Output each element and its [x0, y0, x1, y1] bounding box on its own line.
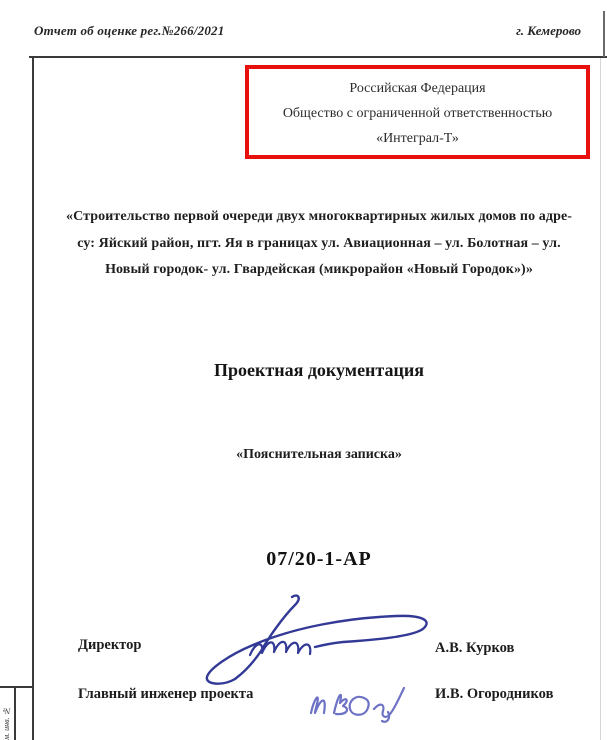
page-edge-line-top [603, 11, 605, 57]
city-label: г. Кемерово [516, 23, 581, 39]
frame-border-top [29, 56, 607, 58]
director-signature-ink [195, 591, 435, 688]
document-subtitle: «Пояснительная записка» [36, 447, 602, 463]
project-title: «Строительство первой очереди двух много… [36, 204, 602, 284]
report-reference: Отчет об оценке рег.№266/2021 [34, 23, 224, 39]
company-name-line: «Интеграл-Т» [249, 126, 586, 151]
signature-role-chief-engineer: Главный инженер проекта [78, 686, 253, 703]
signature-name-director: А.В. Курков [435, 640, 514, 657]
company-highlight-box: Российская Федерация Общество с ограниче… [245, 65, 590, 159]
titleblock-side-label: м. инв. № [0, 689, 13, 740]
company-form-line: Общество с ограниченной ответственностью [249, 101, 586, 126]
document-page: Отчет об оценке рег.№266/2021 г. Кемеров… [0, 0, 607, 740]
document-type-label: Проектная документация [36, 360, 602, 381]
project-title-line-3: Новый городок- ул. Гвардейская (микрорай… [36, 257, 602, 284]
page-edge-line-right [600, 58, 601, 740]
project-title-line-2: су: Яйский район, пгт. Яя в границах ул.… [36, 231, 602, 258]
titleblock-horizontal-line [0, 686, 33, 688]
frame-border-left [32, 56, 34, 740]
company-country-line: Российская Федерация [249, 76, 586, 101]
signature-name-chief-engineer: И.В. Огородников [435, 686, 553, 703]
chief-engineer-signature-ink [303, 682, 408, 726]
signature-role-director: Директор [78, 637, 141, 654]
project-title-line-1: «Строительство первой очереди двух много… [36, 204, 602, 231]
titleblock-vertical-line [14, 687, 16, 740]
document-code: 07/20-1-АР [36, 548, 602, 571]
